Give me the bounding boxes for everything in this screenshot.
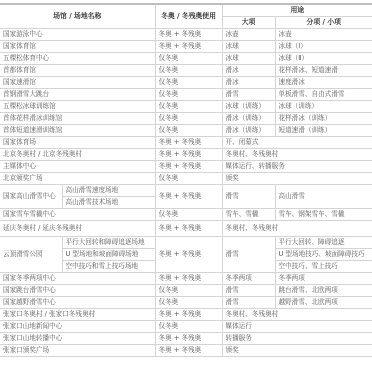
table-row: 国家冬季两项中心冬奥 + 冬残奥冬季两项冬季两项 (0, 273, 372, 285)
minor-cell: 单板滑雪、自由式滑雪 (275, 89, 372, 101)
venue-cell: 五棵松体育中心 (0, 53, 155, 65)
major-cell: 雪车、雪橇 (222, 209, 275, 221)
major-cell: 冰球 (222, 53, 275, 65)
venue-cell: 国家跳台滑雪中心 (0, 285, 155, 297)
usage-cell: 冬奥 + 冬残奥 (155, 345, 222, 357)
major-cell: 冬季两项 (222, 273, 275, 285)
header-minor: 分项 / 小项 (275, 17, 372, 29)
table-row: 国家雪车雪橇中心仅冬奥雪车、雪橇雪车、钢架雪车、雪橇 (0, 209, 372, 221)
usage-cell: 仅冬奥 (155, 285, 222, 297)
minor-cell: 高山滑雪 (275, 185, 372, 209)
usage-cell: 冬奥 + 冬残奥 (155, 29, 222, 41)
venue-cell: 国家游泳中心 (0, 29, 155, 41)
purpose-cell: 颁奖 (222, 173, 372, 185)
venue-cell: 国家体育场 (0, 137, 155, 149)
venue-table-container: 场馆 / 场地名称 冬奥 / 冬残奥使用 用途 大项 分项 / 小项 国家游泳中… (0, 3, 372, 357)
venue-cell: 五棵松冰球训练馆 (0, 101, 155, 113)
table-row: 五棵松体育中心仅冬奥冰球冰球（Ⅱ） (0, 53, 372, 65)
sub-venue-cell: 高山滑雪技术场地 (62, 197, 155, 209)
usage-cell: 冬奥 + 冬残奥 (155, 221, 222, 237)
usage-cell: 冬奥 + 冬残奥 (155, 309, 222, 321)
major-cell: 滑冰（训练） (222, 113, 275, 125)
usage-cell: 冬奥 + 冬残奥 (155, 333, 222, 345)
table-row: 国家跳台滑雪中心仅冬奥滑雪跳台滑雪、北欧两项 (0, 285, 372, 297)
venue-cell: 张家口山地转播中心 (0, 333, 155, 345)
minor-cell: 冰壶 (275, 29, 372, 41)
table-row: 国家体育馆冬奥 + 冬残奥冰球冰球（Ⅰ） (0, 41, 372, 53)
minor-cell: 空中技巧、雪上技巧 (275, 261, 372, 273)
usage-cell: 仅冬奥 (155, 89, 222, 101)
table-row: 五棵松冰球训练馆仅冬奥冰球（训练）冰球（训练） (0, 101, 372, 113)
venue-cell: 主媒体中心 (0, 161, 155, 173)
venue-cell: 北京颁奖广场 (0, 173, 155, 185)
table-row: 张家口颁奖广场冬奥 + 冬残奥颁奖 (0, 345, 372, 357)
table-row: 张家口山地转播中心冬奥 + 冬残奥转播服务 (0, 333, 372, 345)
minor-cell: 冰球（训练） (275, 101, 372, 113)
venue-cell: 首都体育馆 (0, 65, 155, 77)
table-row: 张家口山地新闻中心仅冬奥媒体运行 (0, 321, 372, 333)
usage-cell: 仅冬奥 (155, 125, 222, 137)
usage-cell: 仅冬奥 (155, 101, 222, 113)
major-cell: 滑冰（训练） (222, 125, 275, 137)
venue-cell: 张家口冬奥村 / 张家口冬残奥村 (0, 309, 155, 321)
table-row: 北京颁奖广场仅冬奥颁奖 (0, 173, 372, 185)
major-cell: 滑雪 (222, 285, 275, 297)
sub-venue-cell: 空中技巧和雪上技巧场地 (62, 261, 155, 273)
venue-table: 场馆 / 场地名称 冬奥 / 冬残奥使用 用途 大项 分项 / 小项 国家游泳中… (0, 3, 372, 357)
table-row: 北京冬奥村 / 北京冬残奥村冬奥 + 冬残奥冬奥村、冬残奥村 (0, 149, 372, 161)
venue-cell: 云顶滑雪公园 (0, 237, 62, 273)
major-cell: 冰球（训练） (222, 101, 275, 113)
table-row: 云顶滑雪公园 平行大回转和障碍追逐场地 冬奥 + 冬残奥 滑雪 平行大回转、障碍… (0, 237, 372, 249)
venue-cell: 首体短道速滑训练馆 (0, 125, 155, 137)
minor-cell: 冰球（Ⅰ） (275, 41, 372, 53)
table-row: 主媒体中心冬奥 + 冬残奥媒体运行、转播服务 (0, 161, 372, 173)
purpose-cell: 转播服务 (222, 333, 372, 345)
venue-cell: 国家体育馆 (0, 41, 155, 53)
usage-cell: 仅冬奥 (155, 113, 222, 125)
usage-cell: 冬奥 + 冬残奥 (155, 137, 222, 149)
venue-cell: 张家口山地新闻中心 (0, 321, 155, 333)
table-row: 首钢滑雪大跳台仅冬奥滑雪单板滑雪、自由式滑雪 (0, 89, 372, 101)
table-row: 首体短道速滑训练馆仅冬奥滑冰（训练）短道速滑（训练） (0, 125, 372, 137)
minor-cell: 跳台滑雪、北欧两项 (275, 285, 372, 297)
sub-venue-cell: 平行大回转和障碍追逐场地 (62, 237, 155, 249)
minor-cell: 短道速滑（训练） (275, 125, 372, 137)
minor-cell: 速度滑冰 (275, 77, 372, 89)
table-row: 张家口冬奥村 / 张家口冬残奥村冬奥 + 冬残奥冬奥村、冬残奥村 (0, 309, 372, 321)
table-row: 国家游泳中心冬奥 + 冬残奥冰壶冰壶 (0, 29, 372, 41)
purpose-cell: 冬奥村、冬残奥村 (222, 221, 372, 237)
major-cell: 滑雪 (222, 89, 275, 101)
usage-cell: 仅冬奥 (155, 77, 222, 89)
major-cell: 滑冰 (222, 77, 275, 89)
venue-cell: 国家越野滑雪中心 (0, 297, 155, 309)
table-row: 延庆冬奥村 / 延庆冬残奥村冬奥 + 冬残奥冬奥村、冬残奥村 (0, 221, 372, 237)
usage-cell: 仅冬奥 (155, 173, 222, 185)
venue-cell: 国家高山滑雪中心 (0, 185, 62, 209)
table-row: 首都体育馆仅冬奥滑冰花样滑冰、短道速滑 (0, 65, 372, 77)
table-row: 国家越野滑雪中心仅冬奥滑雪越野滑雪、北欧两项 (0, 297, 372, 309)
minor-cell: U 型场地技巧、坡面障碍技巧 (275, 249, 372, 261)
purpose-cell: 冬奥村、冬残奥村 (222, 309, 372, 321)
usage-cell: 冬奥 + 冬残奥 (155, 273, 222, 285)
major-cell: 冰壶 (222, 29, 275, 41)
venue-cell: 国家雪车雪橇中心 (0, 209, 155, 221)
usage-cell: 冬奥 + 冬残奥 (155, 237, 222, 273)
purpose-cell: 颁奖 (222, 345, 372, 357)
minor-cell: 冰球（Ⅱ） (275, 53, 372, 65)
sub-venue-cell: U 型场地和坡面障碍场地 (62, 249, 155, 261)
usage-cell: 仅冬奥 (155, 65, 222, 77)
purpose-cell: 媒体运行、转播服务 (222, 161, 372, 173)
venue-cell: 首体花样滑冰训练馆 (0, 113, 155, 125)
venue-cell: 国家冬季两项中心 (0, 273, 155, 285)
venue-cell: 国家速滑馆 (0, 77, 155, 89)
table-row: 国家高山滑雪中心 高山滑雪速度场地 冬奥 + 冬残奥 滑雪 高山滑雪 (0, 185, 372, 197)
header-venue: 场馆 / 场地名称 (0, 4, 155, 29)
usage-cell: 冬奥 + 冬残奥 (155, 161, 222, 173)
table-row: 首体花样滑冰训练馆仅冬奥滑冰（训练）花样滑冰（训练） (0, 113, 372, 125)
sub-venue-cell: 高山滑雪速度场地 (62, 185, 155, 197)
header-purpose: 用途 (222, 4, 372, 17)
minor-cell: 越野滑雪、北欧两项 (275, 297, 372, 309)
major-cell: 滑雪 (222, 297, 275, 309)
major-cell: 滑冰 (222, 65, 275, 77)
venue-cell: 北京冬奥村 / 北京冬残奥村 (0, 149, 155, 161)
minor-cell: 花样滑冰（训练） (275, 113, 372, 125)
usage-cell: 冬奥 + 冬残奥 (155, 149, 222, 161)
usage-cell: 冬奥 + 冬残奥 (155, 185, 222, 209)
usage-cell: 仅冬奥 (155, 53, 222, 65)
purpose-cell: 开、闭幕式 (222, 137, 372, 149)
venue-cell: 首钢滑雪大跳台 (0, 89, 155, 101)
major-cell: 滑雪 (222, 185, 275, 209)
purpose-cell: 媒体运行 (222, 321, 372, 333)
usage-cell: 仅冬奥 (155, 297, 222, 309)
venue-cell: 延庆冬奥村 / 延庆冬残奥村 (0, 221, 155, 237)
usage-cell: 冬奥 + 冬残奥 (155, 41, 222, 53)
minor-cell: 平行大回转、障碍追逐 (275, 237, 372, 249)
header-major: 大项 (222, 17, 275, 29)
header-usage: 冬奥 / 冬残奥使用 (155, 4, 222, 29)
table-row: 国家速滑馆仅冬奥滑冰速度滑冰 (0, 77, 372, 89)
minor-cell: 雪车、钢架雪车、雪橇 (275, 209, 372, 221)
major-cell: 冰球 (222, 41, 275, 53)
minor-cell: 冬季两项 (275, 273, 372, 285)
minor-cell: 花样滑冰、短道速滑 (275, 65, 372, 77)
venue-cell: 张家口颁奖广场 (0, 345, 155, 357)
major-cell: 滑雪 (222, 237, 275, 273)
purpose-cell: 冬奥村、冬残奥村 (222, 149, 372, 161)
table-row: 国家体育场冬奥 + 冬残奥开、闭幕式 (0, 137, 372, 149)
usage-cell: 仅冬奥 (155, 209, 222, 221)
usage-cell: 仅冬奥 (155, 321, 222, 333)
